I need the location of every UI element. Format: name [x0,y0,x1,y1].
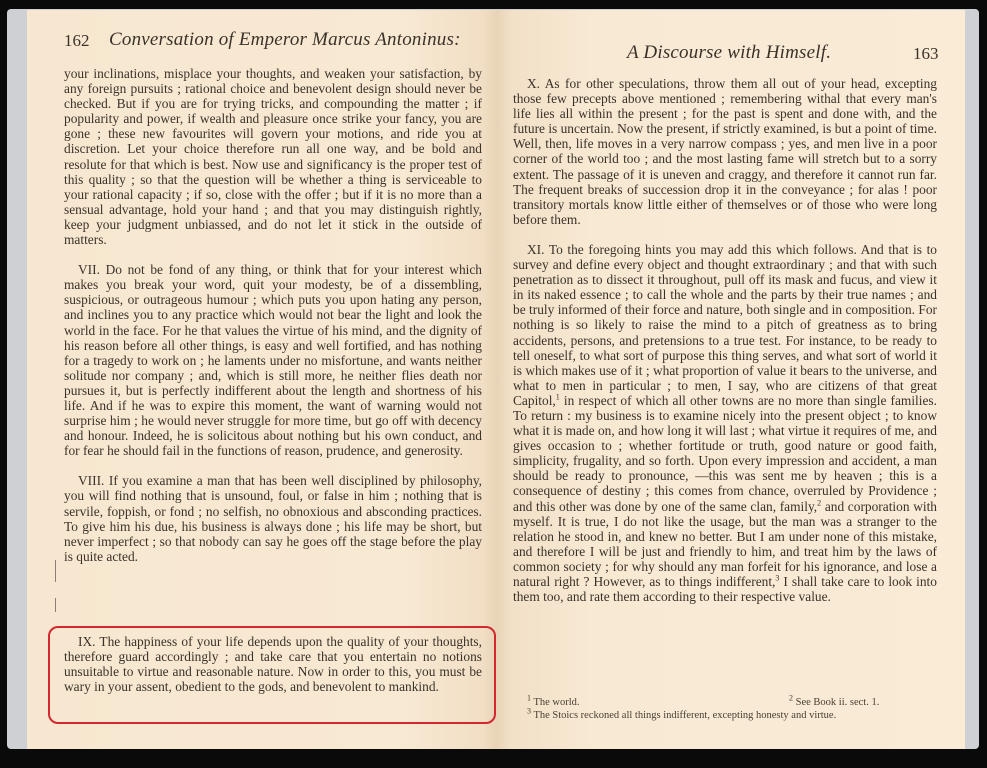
left-page: 162 Conversation of Emperor Marcus Anton… [27,10,497,749]
highlighted-passage: IX. The happiness of your life depends u… [64,634,482,694]
pencil-margin-mark [55,560,56,582]
footnote-3: 3 The Stoics reckoned all things indiffe… [517,709,937,722]
right-page: A Discourse with Himself. 163 X. As for … [497,10,965,749]
paragraph-xi: XI. To the foregoing hints you may add t… [513,242,937,604]
right-running-title: A Discourse with Himself. [627,42,831,64]
right-page-body: X. As for other speculations, throw them… [513,76,937,604]
left-page-body: your inclinations, misplace your thought… [64,66,482,564]
paragraph-vii: VII. Do not be fond of any thing, or thi… [64,262,482,458]
left-running-title: Conversation of Emperor Marcus Antoninus… [109,29,461,51]
footnote-2: 2 See Book ii. sect. 1. [789,696,879,709]
paragraph-ix: IX. The happiness of your life depends u… [64,634,482,694]
right-page-number: 163 [913,44,939,64]
paragraph-viii: VIII. If you examine a man that has been… [64,473,482,564]
footnotes: 1 The world. 2 See Book ii. sect. 1. 3 T… [517,696,937,722]
pencil-margin-mark [55,598,56,612]
left-page-number: 162 [64,31,90,51]
paragraph-continued: your inclinations, misplace your thought… [64,66,482,247]
book-spread: 162 Conversation of Emperor Marcus Anton… [27,10,965,749]
paragraph-x: X. As for other speculations, throw them… [513,76,937,227]
footnote-1: 1 The world. [517,696,789,709]
